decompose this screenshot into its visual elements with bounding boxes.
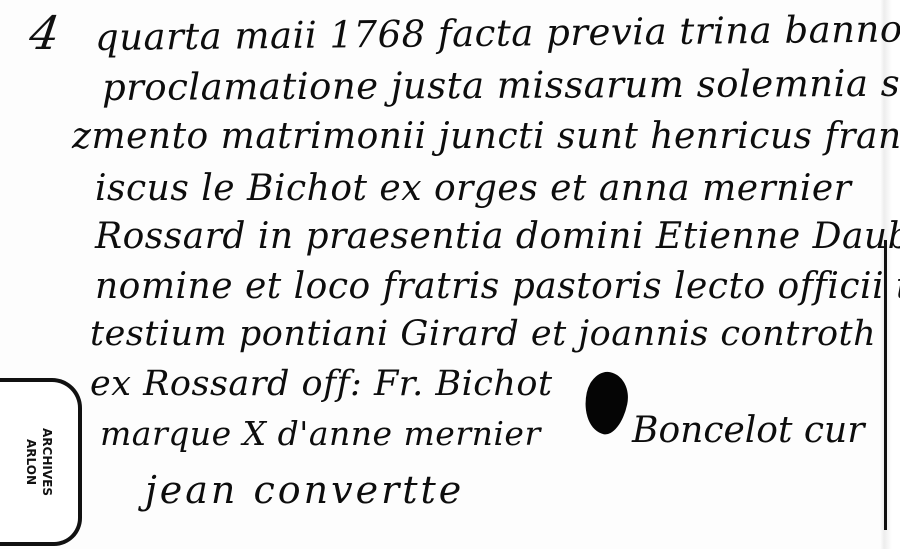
- entry-number: 4: [26, 6, 63, 60]
- text-line-3: zmento matrimonii juncti sunt henricus f…: [72, 116, 900, 157]
- text-line-4: iscus le Bichot ex orges et anna mernier: [95, 168, 851, 209]
- manuscript-page: 4 quarta maii 1768 facta previa trina ba…: [0, 0, 900, 549]
- archive-stamp-text: ARCHIVES ARLON: [23, 428, 55, 496]
- text-line-10: jean convertte: [145, 468, 464, 512]
- text-line-6: nomine et loco fratris pastoris lecto of…: [95, 266, 900, 307]
- text-line-8: ex Rossard off: Fr. Bichot: [90, 364, 553, 404]
- stamp-line-2: ARLON: [23, 428, 39, 496]
- ink-blot: [579, 368, 633, 437]
- archive-stamp: ARCHIVES ARLON: [0, 378, 82, 546]
- text-line-7: testium pontiani Girard et joannis contr…: [90, 314, 876, 354]
- text-line-5: Rossard in praesentia domini Etienne Dau…: [95, 216, 900, 257]
- text-line-9: marque X d'anne mernier: [100, 414, 541, 453]
- text-line-2: proclamatione justa missarum solemnia sa…: [102, 61, 900, 109]
- priest-signature: Boncelot cur: [632, 410, 864, 451]
- text-line-1: quarta maii 1768 facta previa trina bann…: [95, 8, 900, 59]
- stamp-line-1: ARCHIVES: [39, 428, 55, 496]
